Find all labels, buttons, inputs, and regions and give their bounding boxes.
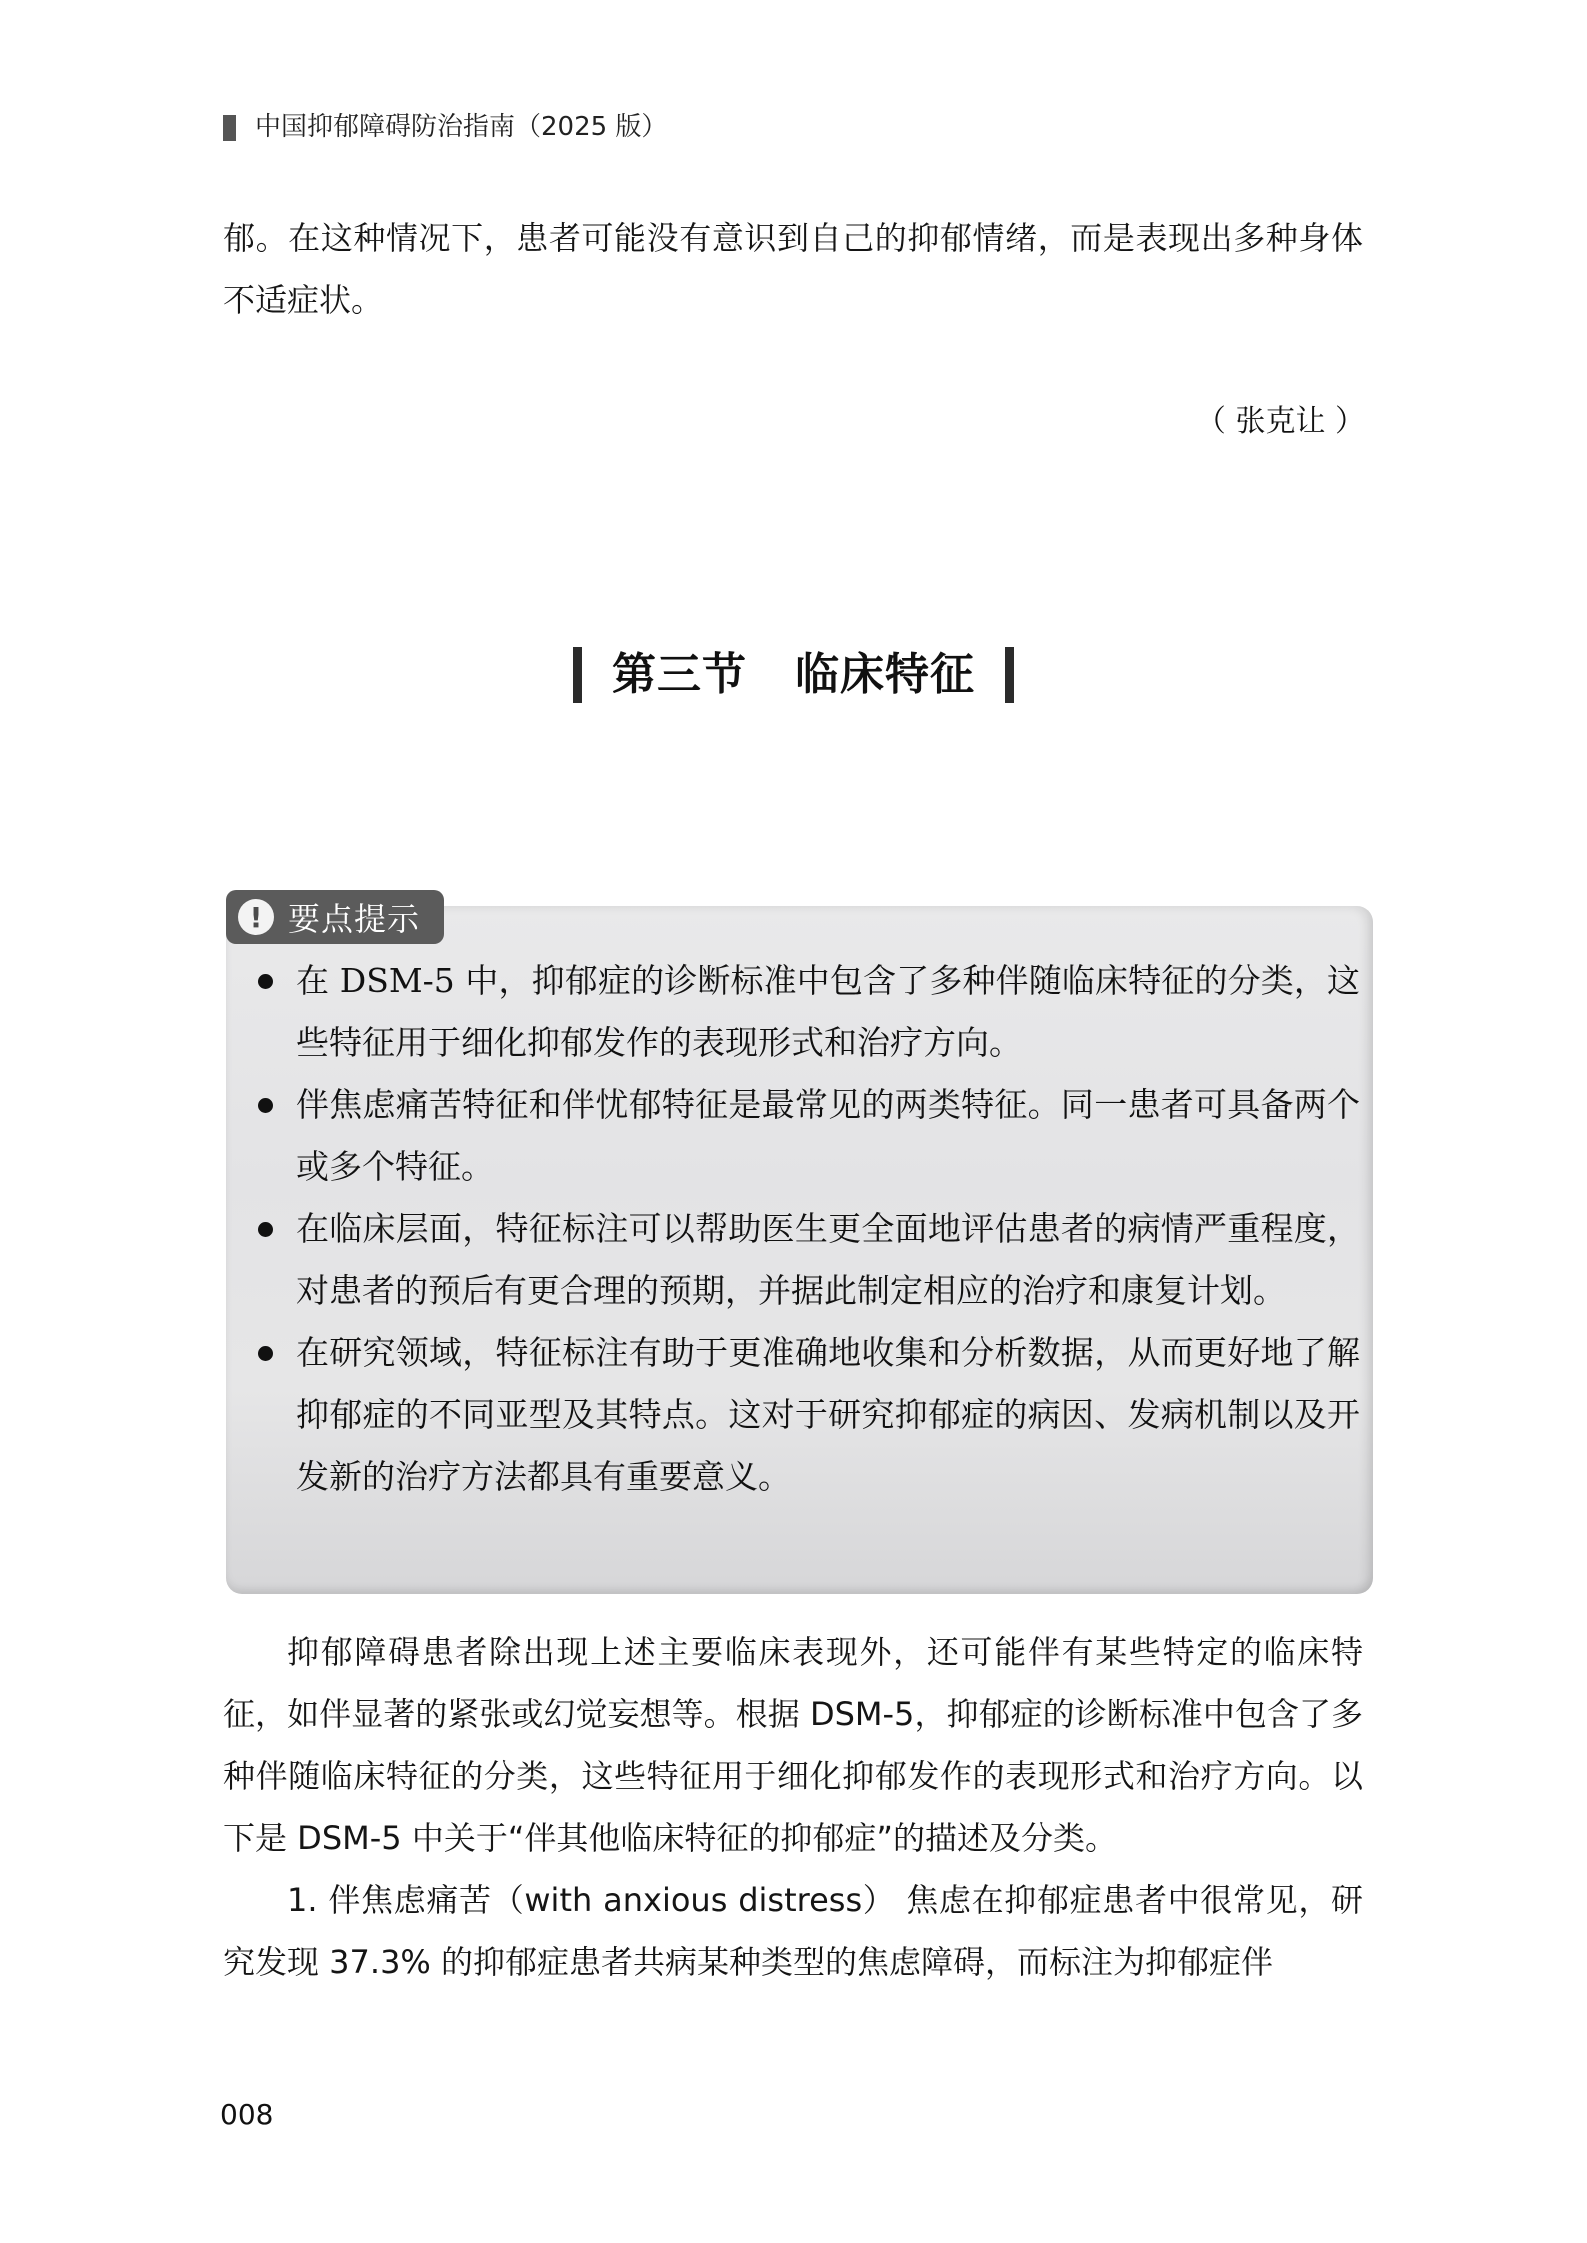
key-point-item: 伴焦虑痛苦特征和伴忧郁特征是最常见的两类特征。同一患者可具备两个或多个特征。 (250, 1074, 1360, 1198)
key-point-text: 伴焦虑痛苦特征和伴忧郁特征是最常见的两类特征。同一患者可具备两个或多个特征。 (296, 1085, 1360, 1186)
key-point-item: 在临床层面，特征标注可以帮助医生更全面地评估患者的病情严重程度，对患者的预后有更… (250, 1198, 1360, 1322)
bullet-icon (258, 974, 273, 989)
author-signature: （ 张克让 ） (1196, 402, 1365, 442)
section-number: 第三节 (612, 649, 747, 700)
body-text: 抑郁障碍患者除出现上述主要临床表现外，还可能伴有某些特定的临床特征，如伴显著的紧… (223, 1621, 1363, 1993)
key-point-text: 在 DSM-5 中，抑郁症的诊断标准中包含了多种伴随临床特征的分类，这些特征用于… (296, 961, 1360, 1062)
body-paragraph-numbered: 1. 伴焦虑痛苦（with anxious distress） 焦虑在抑郁症患者… (223, 1869, 1363, 1993)
section-heading: 第三节临床特征 (0, 640, 1587, 710)
bullet-icon (258, 1098, 273, 1113)
key-point-item: 在研究领域，特征标注有助于更准确地收集和分析数据，从而更好地了解抑郁症的不同亚型… (250, 1322, 1360, 1508)
bullet-icon (258, 1346, 273, 1361)
header-marker (223, 115, 236, 141)
intro-paragraph: 郁。在这种情况下，患者可能没有意识到自己的抑郁情绪，而是表现出多种身体不适症状。 (223, 207, 1363, 331)
section-heading-right-bar (1005, 647, 1014, 703)
page-number: 008 (220, 2098, 273, 2132)
body-paragraph: 抑郁障碍患者除出现上述主要临床表现外，还可能伴有某些特定的临床特征，如伴显著的紧… (223, 1621, 1363, 1869)
key-point-text: 在研究领域，特征标注有助于更准确地收集和分析数据，从而更好地了解抑郁症的不同亚型… (296, 1333, 1360, 1496)
exclamation-icon: ! (238, 899, 274, 935)
section-title: 第三节临床特征 (612, 647, 975, 703)
running-header-title: 中国抑郁障碍防治指南（2025 版） (255, 110, 667, 144)
key-point-item: 在 DSM-5 中，抑郁症的诊断标准中包含了多种伴随临床特征的分类，这些特征用于… (250, 950, 1360, 1074)
intro-paragraph-block: 郁。在这种情况下，患者可能没有意识到自己的抑郁情绪，而是表现出多种身体不适症状。 (223, 207, 1363, 331)
key-points-tab-label: 要点提示 (288, 894, 420, 940)
section-name: 临床特征 (795, 649, 975, 700)
key-points-list: 在 DSM-5 中，抑郁症的诊断标准中包含了多种伴随临床特征的分类，这些特征用于… (250, 950, 1360, 1508)
section-heading-left-bar (573, 647, 582, 703)
key-points-tab: ! 要点提示 (226, 890, 444, 944)
bullet-icon (258, 1222, 273, 1237)
key-point-text: 在临床层面，特征标注可以帮助医生更全面地评估患者的病情严重程度，对患者的预后有更… (296, 1209, 1360, 1310)
